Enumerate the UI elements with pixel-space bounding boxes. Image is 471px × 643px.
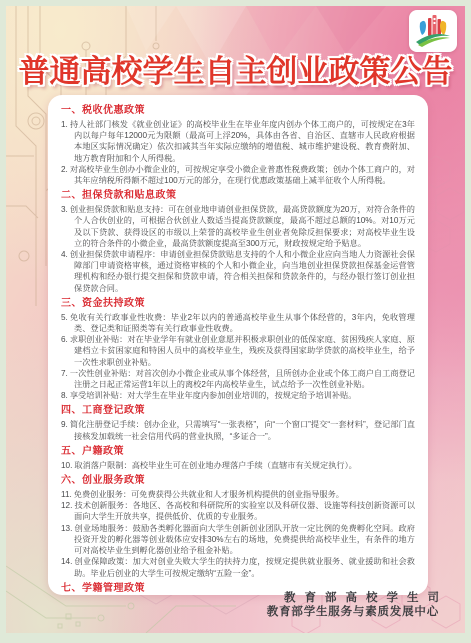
policy-item: 7.一次性创业补贴：对首次创办小微企业或从事个体经营，且所创办企业或个体工商户自… (61, 368, 415, 390)
policy-item: 3.创业担保贷款和贴息支持：可在创业地申请创业担保贷款，最高贷款额度为20万，对… (61, 204, 415, 249)
poster: 普通高校学生自主创业政策公告 一、税收优惠政策1.持人社部门核发《就业创业证》的… (6, 6, 465, 633)
item-text: 技术创新服务：各地区、各高校和科研院所的实验室以及科研仪器、设施等科技创新资源可… (74, 501, 415, 521)
item-number: 4. (61, 250, 68, 259)
policy-section: 三、资金扶持政策5.免收有关行政事业性收费：毕业2年以内的普通高校毕业生从事个体… (61, 298, 415, 402)
item-number: 13. (61, 524, 72, 533)
page-title: 普通高校学生自主创业政策公告 (6, 46, 465, 91)
item-text: 求职创业补贴：对在毕业学年有就业创业意愿并积极求职创业的低保家庭、贫困残疾人家庭… (70, 335, 415, 366)
item-text: 对高校毕业生创办小微企业的，可按规定享受小微企业普惠性税费政策；创办个体工商户的… (70, 165, 415, 185)
policy-card: 一、税收优惠政策1.持人社部门核发《就业创业证》的高校毕业生在毕业年度内创办个体… (48, 95, 428, 595)
footer: 教育部高校学生司 教育部学生服务与素质发展中心 (267, 591, 439, 619)
policy-section: 二、担保贷款和贴息政策3.创业担保贷款和贴息支持：可在创业地申请创业担保贷款，最… (61, 190, 415, 294)
item-number: 3. (61, 205, 68, 214)
item-number: 7. (61, 369, 68, 378)
policy-item: 1.持人社部门核发《就业创业证》的高校毕业生在毕业年度内创办个体工商户的，可按规… (61, 119, 415, 164)
policy-section: 一、税收优惠政策1.持人社部门核发《就业创业证》的高校毕业生在毕业年度内创办个体… (61, 105, 415, 186)
item-number: 9. (61, 420, 68, 429)
policy-item: 11.免费创业服务：可免费获得公共就业和人才服务机构提供的创业指导服务。 (61, 489, 415, 500)
item-number: 12. (61, 501, 72, 510)
policy-item: 9.简化注册登记手续：创办企业，只需填写“一张表格”，向“一个窗口”提交“一套材… (61, 419, 415, 441)
item-text: 免收有关行政事业性收费：毕业2年以内的普通高校毕业生从事个体经营的，3年内，免收… (70, 313, 415, 333)
policy-item: 6.求职创业补贴：对在毕业学年有就业创业意愿并积极求职创业的低保家庭、贫困残疾人… (61, 334, 415, 368)
item-text: 持人社部门核发《就业创业证》的高校毕业生在毕业年度内创办个体工商户的，可按规定在… (70, 120, 415, 163)
section-heading: 五、户籍政策 (61, 446, 415, 458)
policy-section: 六、创业服务政策11.免费创业服务：可免费获得公共就业和人才服务机构提供的创业指… (61, 475, 415, 579)
item-text: 创业担保贷款申请程序：申请创业担保贷款贴息支持的个人和小微企业应向当地人力资源社… (70, 250, 415, 293)
footer-department: 教育部高校学生司 (267, 591, 448, 605)
item-text: 取消落户限制：高校毕业生可在创业地办理落户手续（直辖市有关规定执行）。 (74, 461, 356, 470)
policy-item: 8.享受培训补贴：对大学生在毕业年度内参加创业培训的，按规定给予培训补贴。 (61, 390, 415, 401)
item-text: 创业场地服务：鼓励各类孵化器面向大学生创新创业团队开放一定比例的免费孵化空间。政… (74, 524, 415, 555)
policy-item: 4.创业担保贷款申请程序：申请创业担保贷款贴息支持的个人和小微企业应向当地人力资… (61, 249, 415, 294)
policy-section: 五、户籍政策10.取消落户限制：高校毕业生可在创业地办理落户手续（直辖市有关规定… (61, 446, 415, 471)
policy-item: 13.创业场地服务：鼓励各类孵化器面向大学生创新创业团队开放一定比例的免费孵化空… (61, 523, 415, 557)
item-number: 14. (61, 557, 72, 566)
item-text: 一次性创业补贴：对首次创办小微企业或从事个体经营，且所创办企业或个体工商户自工商… (70, 369, 415, 389)
item-number: 6. (61, 335, 68, 344)
sections-container: 一、税收优惠政策1.持人社部门核发《就业创业证》的高校毕业生在毕业年度内创办个体… (61, 105, 415, 595)
item-number: 10. (61, 461, 72, 470)
item-text: 创业担保贷款和贴息支持：可在创业地申请创业担保贷款，最高贷款额度为20万，对符合… (70, 205, 415, 248)
policy-item: 12.技术创新服务：各地区、各高校和科研院所的实验室以及科研仪器、设施等科技创新… (61, 500, 415, 522)
policy-item: 5.免收有关行政事业性收费：毕业2年以内的普通高校毕业生从事个体经营的，3年内，… (61, 312, 415, 334)
section-heading: 四、工商登记政策 (61, 405, 415, 417)
section-heading: 三、资金扶持政策 (61, 298, 415, 310)
policy-item: 10.取消落户限制：高校毕业生可在创业地办理落户手续（直辖市有关规定执行）。 (61, 460, 415, 471)
policy-section: 四、工商登记政策9.简化注册登记手续：创办企业，只需填写“一张表格”，向“一个窗… (61, 405, 415, 441)
item-number: 8. (61, 391, 68, 400)
section-heading: 一、税收优惠政策 (61, 105, 415, 117)
policy-item: 14.创业保障政策：加大对创业失败大学生的扶持力度，按规定提供就业服务、就业援助… (61, 556, 415, 578)
item-number: 1. (61, 120, 68, 129)
footer-center: 教育部学生服务与素质发展中心 (267, 605, 439, 619)
item-text: 简化注册登记手续：创办企业，只需填写“一张表格”，向“一个窗口”提交“一套材料”… (70, 420, 415, 440)
policy-item: 2.对高校毕业生创办小微企业的，可按规定享受小微企业普惠性税费政策；创办个体工商… (61, 164, 415, 186)
item-text: 创业保障政策：加大对创业失败大学生的扶持力度，按规定提供就业服务、就业援助和社会… (74, 557, 415, 577)
item-text: 享受培训补贴：对大学生在毕业年度内参加创业培训的，按规定给予培训补贴。 (70, 391, 357, 400)
item-number: 11. (61, 490, 72, 499)
section-heading: 六、创业服务政策 (61, 475, 415, 487)
campus-emblem-icon (414, 14, 452, 48)
item-number: 5. (61, 313, 68, 322)
item-number: 2. (61, 165, 68, 174)
section-heading: 二、担保贷款和贴息政策 (61, 190, 415, 202)
item-text: 免费创业服务：可免费获得公共就业和人才服务机构提供的创业指导服务。 (74, 490, 344, 499)
